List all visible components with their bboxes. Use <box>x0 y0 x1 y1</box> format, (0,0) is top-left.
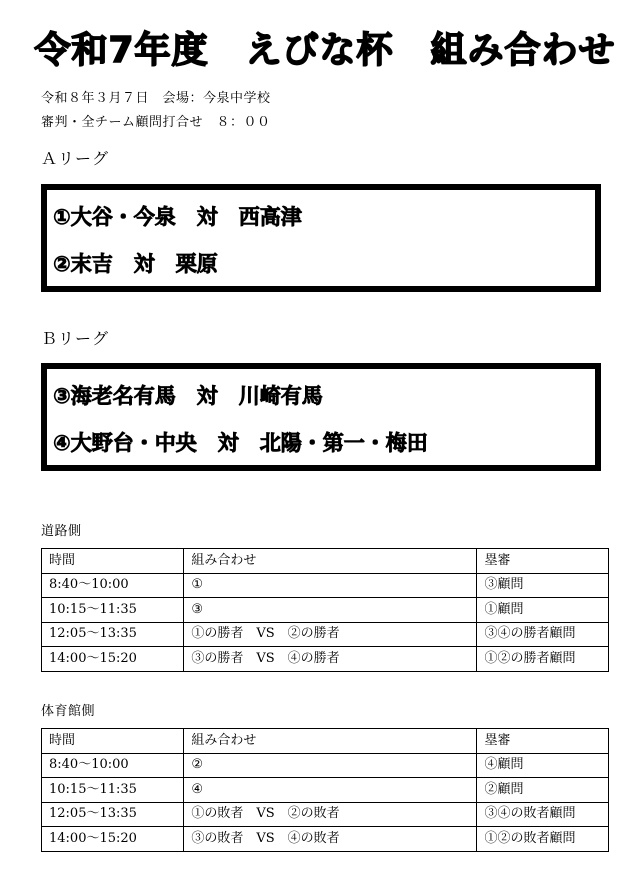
header-time: 時間 <box>42 729 184 754</box>
cell-matchup: ③ <box>184 598 477 623</box>
header-matchup: 組み合わせ <box>184 729 477 754</box>
cell-time: 12:05～13:35 <box>42 622 184 647</box>
cell-time: 14:00～15:20 <box>42 647 184 672</box>
gym-side-table: 時間 組み合わせ 塁審 8:40～10:00 ② ④顧問 10:15～11:35… <box>41 728 609 852</box>
cell-matchup: ③の敗者 VS ④の敗者 <box>184 827 477 852</box>
table-row: 12:05～13:35 ①の勝者 VS ②の勝者 ③④の勝者顧問 <box>42 622 609 647</box>
table-row: 8:40～10:00 ① ③顧問 <box>42 573 609 598</box>
league-a-box: ①大谷・今泉 対 西高津 ②末吉 対 栗原 <box>41 184 601 292</box>
cell-umpire: ①②の敗者顧問 <box>477 827 609 852</box>
match-2: ②末吉 対 栗原 <box>53 251 218 277</box>
cell-time: 8:40～10:00 <box>42 573 184 598</box>
cell-umpire: ③④の敗者顧問 <box>477 802 609 827</box>
table-row: 14:00～15:20 ③の勝者 VS ④の勝者 ①②の勝者顧問 <box>42 647 609 672</box>
match-4: ④大野台・中央 対 北陽・第一・梅田 <box>53 430 428 456</box>
cell-matchup: ② <box>184 753 477 778</box>
cell-umpire: ④顧問 <box>477 753 609 778</box>
cell-time: 10:15～11:35 <box>42 778 184 803</box>
cell-time: 14:00～15:20 <box>42 827 184 852</box>
cell-time: 10:15～11:35 <box>42 598 184 623</box>
cell-umpire: ③顧問 <box>477 573 609 598</box>
cell-umpire: ①②の勝者顧問 <box>477 647 609 672</box>
table-row: 10:15～11:35 ④ ②顧問 <box>42 778 609 803</box>
cell-matchup: ①の勝者 VS ②の勝者 <box>184 622 477 647</box>
cell-matchup: ① <box>184 573 477 598</box>
header-umpire: 塁審 <box>477 729 609 754</box>
header-time: 時間 <box>42 549 184 574</box>
table-row: 14:00～15:20 ③の敗者 VS ④の敗者 ①②の敗者顧問 <box>42 827 609 852</box>
road-side-table: 時間 組み合わせ 塁審 8:40～10:00 ① ③顧問 10:15～11:35… <box>41 548 609 672</box>
meeting-time: 審判・全チーム顧問打合せ ８：００ <box>41 115 271 131</box>
road-side-label: 道路側 <box>41 524 82 540</box>
table-row: 10:15～11:35 ③ ①顧問 <box>42 598 609 623</box>
cell-umpire: ①顧問 <box>477 598 609 623</box>
match-3: ③海老名有馬 対 川崎有馬 <box>53 383 323 409</box>
cell-time: 12:05～13:35 <box>42 802 184 827</box>
gym-side-label: 体育館側 <box>41 704 95 720</box>
cell-umpire: ③④の勝者顧問 <box>477 622 609 647</box>
league-a-label: Ａリーグ <box>41 149 109 169</box>
header-matchup: 組み合わせ <box>184 549 477 574</box>
cell-matchup: ④ <box>184 778 477 803</box>
table-header-row: 時間 組み合わせ 塁審 <box>42 729 609 754</box>
header-umpire: 塁審 <box>477 549 609 574</box>
cell-matchup: ③の勝者 VS ④の勝者 <box>184 647 477 672</box>
table-row: 8:40～10:00 ② ④顧問 <box>42 753 609 778</box>
table-header-row: 時間 組み合わせ 塁審 <box>42 549 609 574</box>
cell-umpire: ②顧問 <box>477 778 609 803</box>
page-title: 令和7年度 えびな杯 組み合わせ <box>0 28 636 74</box>
date-venue: 令和８年３月７日 会場：今泉中学校 <box>41 91 271 107</box>
league-b-box: ③海老名有馬 対 川崎有馬 ④大野台・中央 対 北陽・第一・梅田 <box>41 363 601 471</box>
match-1: ①大谷・今泉 対 西高津 <box>53 204 302 230</box>
table-row: 12:05～13:35 ①の敗者 VS ②の敗者 ③④の敗者顧問 <box>42 802 609 827</box>
cell-matchup: ①の敗者 VS ②の敗者 <box>184 802 477 827</box>
league-b-label: Ｂリーグ <box>41 329 109 349</box>
cell-time: 8:40～10:00 <box>42 753 184 778</box>
